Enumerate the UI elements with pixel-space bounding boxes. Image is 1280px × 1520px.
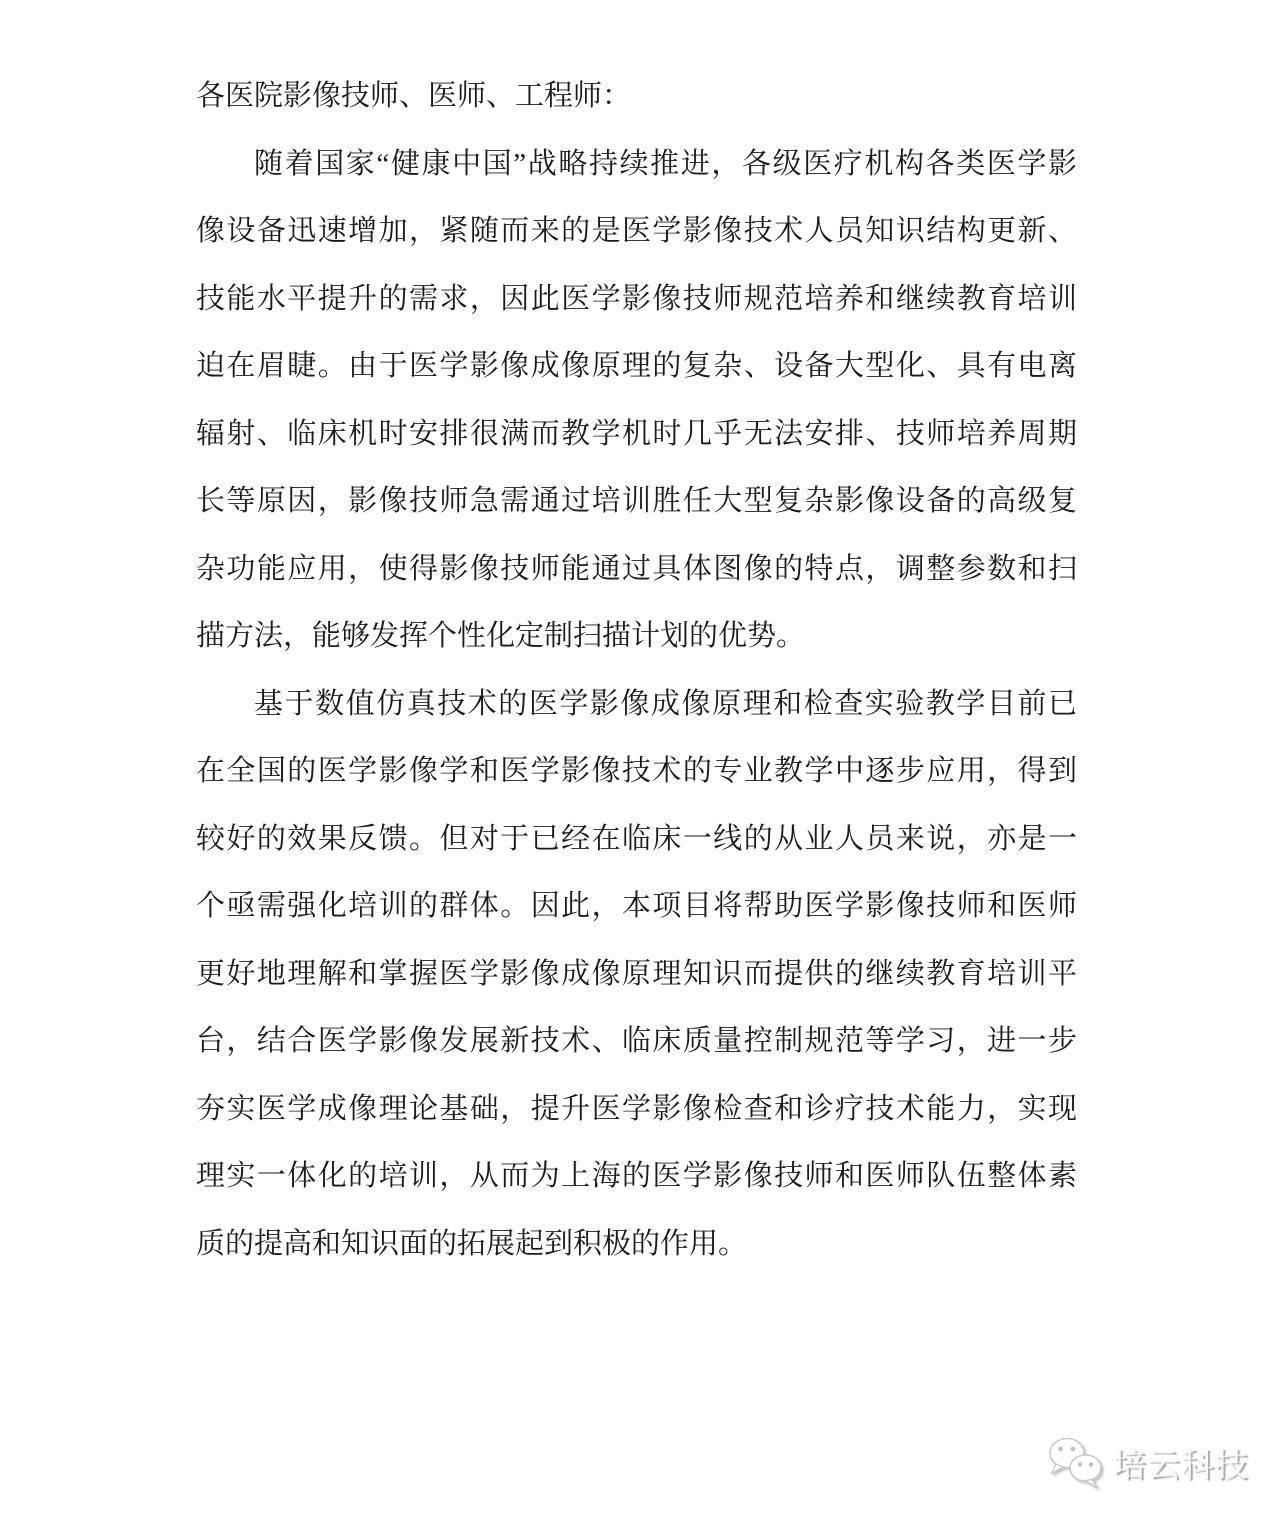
doc-line: 更好地理解和掌握医学影像成像原理知识而提供的继续教育培训平	[196, 941, 1077, 1009]
doc-line: 基于数值仿真技术的医学影像成像原理和检查实验教学目前已	[196, 671, 1077, 739]
brand-watermark: 培云科技	[1046, 1434, 1249, 1490]
doc-line: 在全国的医学影像学和医学影像技术的专业教学中逐步应用，得到	[196, 738, 1077, 806]
doc-line: 杂功能应用，使得影像技师能通过具体图像的特点，调整参数和扫	[196, 536, 1077, 604]
doc-line: 个亟需强化培训的群体。因此，本项目将帮助医学影像技师和医师	[196, 873, 1077, 941]
wechat-logo-icon	[1046, 1434, 1106, 1490]
doc-line: 迫在眉睫。由于医学影像成像原理的复杂、设备大型化、具有电离	[196, 333, 1077, 401]
doc-line: 随着国家“健康中国”战略持续推进，各级医疗机构各类医学影	[196, 131, 1077, 199]
doc-line: 较好的效果反馈。但对于已经在临床一线的从业人员来说，亦是一	[196, 806, 1077, 874]
salutation-line: 各医院影像技师、医师、工程师：	[196, 63, 1077, 131]
doc-line: 辐射、临床机时安排很满而教学机时几乎无法安排、技师培养周期	[196, 401, 1077, 469]
paragraph-2: 基于数值仿真技术的医学影像成像原理和检查实验教学目前已 在全国的医学影像学和医学…	[196, 671, 1077, 1279]
document-page: 各医院影像技师、医师、工程师： 随着国家“健康中国”战略持续推进，各级医疗机构各…	[0, 0, 1280, 1520]
doc-line: 技能水平提升的需求，因此医学影像技师规范培养和继续教育培训	[196, 266, 1077, 334]
doc-line: 像设备迅速增加，紧随而来的是医学影像技术人员知识结构更新、	[196, 198, 1077, 266]
document-body: 各医院影像技师、医师、工程师： 随着国家“健康中国”战略持续推进，各级医疗机构各…	[196, 63, 1077, 1278]
doc-line: 理实一体化的培训，从而为上海的医学影像技师和医师队伍整体素	[196, 1143, 1077, 1211]
doc-line: 台，结合医学影像发展新技术、临床质量控制规范等学习，进一步	[196, 1008, 1077, 1076]
doc-line: 描方法，能够发挥个性化定制扫描计划的优势。	[196, 603, 1077, 671]
doc-line: 质的提高和知识面的拓展起到积极的作用。	[196, 1211, 1077, 1279]
paragraph-1: 随着国家“健康中国”战略持续推进，各级医疗机构各类医学影 像设备迅速增加，紧随而…	[196, 131, 1077, 671]
brand-name: 培云科技	[1113, 1439, 1249, 1486]
doc-line: 长等原因，影像技师急需通过培训胜任大型复杂影像设备的高级复	[196, 468, 1077, 536]
doc-line: 夯实医学成像理论基础，提升医学影像检查和诊疗技术能力，实现	[196, 1076, 1077, 1144]
